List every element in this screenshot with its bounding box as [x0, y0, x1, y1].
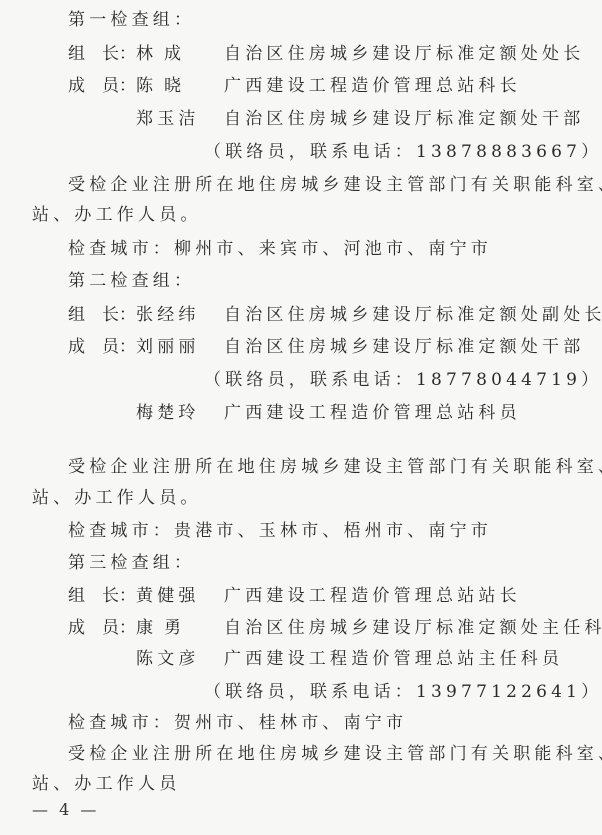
group-3-others-line-1: 受检企业注册所在地住房城乡建设主管部门有关职能科室、	[68, 743, 602, 765]
member-position: 广西建设工程造价管理总站科长	[224, 76, 521, 96]
group-2-leader-row: 组长：张经纬自治区住房城乡建设厅标准定额处副处长	[68, 304, 602, 326]
group-1-cities: 检查城市：柳州市、来宾市、河池市、南宁市	[68, 238, 492, 260]
member-name: 刘丽丽	[136, 336, 224, 358]
leader-label: 组长：	[68, 304, 136, 326]
group-1-others-line-1: 受检企业注册所在地住房城乡建设主管部门有关职能科室、	[68, 174, 602, 196]
members-label: 成员：	[68, 617, 136, 639]
document-page: 第一检查组： 组长：林成自治区住房城乡建设厅标准定额处处长 成员：陈晓广西建设工…	[0, 0, 602, 835]
group-1-member-row-1: 成员：陈晓广西建设工程造价管理总站科长	[68, 75, 521, 97]
group-3-title: 第三检查组：	[68, 552, 195, 574]
group-1-title: 第一检查组：	[68, 9, 195, 31]
member-name: 陈晓	[136, 75, 224, 97]
group-2-member-row-2: 梅楚玲广西建设工程造价管理总站科员	[136, 402, 521, 424]
group-1-contact-note: （联络员，联系电话：13878883667）	[204, 141, 602, 163]
group-2-title: 第二检查组：	[68, 270, 195, 292]
members-label: 成员：	[68, 336, 136, 358]
leader-position: 自治区住房城乡建设厅标准定额处副处长	[224, 305, 602, 325]
group-3-leader-row: 组长：黄健强广西建设工程造价管理总站站长	[68, 585, 521, 607]
member-position: 自治区住房城乡建设厅标准定额处干部	[224, 337, 584, 357]
leader-name: 张经纬	[136, 304, 224, 326]
leader-position: 自治区住房城乡建设厅标准定额处处长	[224, 44, 584, 64]
group-2-others-line-1: 受检企业注册所在地住房城乡建设主管部门有关职能科室、	[68, 456, 602, 478]
members-label: 成员：	[68, 75, 136, 97]
leader-label: 组长：	[68, 585, 136, 607]
member-name: 陈文彦	[136, 648, 224, 670]
page-number: — 4 —	[32, 800, 99, 819]
member-name: 梅楚玲	[136, 402, 224, 424]
leader-label: 组长：	[68, 43, 136, 65]
group-1-member-row-2: 郑玉洁自治区住房城乡建设厅标准定额处干部	[136, 108, 584, 130]
member-name: 郑玉洁	[136, 108, 224, 130]
member-position: 广西建设工程造价管理总站主任科员	[224, 649, 563, 669]
group-1-others-line-2: 站、办工作人员。	[32, 204, 202, 226]
leader-position: 广西建设工程造价管理总站站长	[224, 586, 521, 606]
member-position: 广西建设工程造价管理总站科员	[224, 403, 521, 423]
member-name: 康勇	[136, 617, 224, 639]
group-3-member-row-2: 陈文彦广西建设工程造价管理总站主任科员	[136, 648, 563, 670]
group-2-cities: 检查城市：贵港市、玉林市、梧州市、南宁市	[68, 520, 492, 542]
group-3-contact-note: （联络员，联系电话：13977122641）	[204, 681, 602, 703]
leader-name: 黄健强	[136, 585, 224, 607]
group-1-leader-row: 组长：林成自治区住房城乡建设厅标准定额处处长	[68, 43, 584, 65]
group-3-cities: 检查城市：贺州市、桂林市、南宁市	[68, 712, 407, 734]
group-3-others-line-2: 站、办工作人员	[32, 773, 180, 795]
member-position: 自治区住房城乡建设厅标准定额处主任科员	[224, 618, 602, 638]
group-2-others-line-2: 站、办工作人员。	[32, 487, 202, 509]
group-2-member-row-1: 成员：刘丽丽自治区住房城乡建设厅标准定额处干部	[68, 336, 584, 358]
member-position: 自治区住房城乡建设厅标准定额处干部	[224, 109, 584, 129]
group-3-member-row-1: 成员：康勇自治区住房城乡建设厅标准定额处主任科员	[68, 617, 602, 639]
leader-name: 林成	[136, 43, 224, 65]
group-2-contact-note: （联络员，联系电话：18778044719）	[204, 369, 602, 391]
